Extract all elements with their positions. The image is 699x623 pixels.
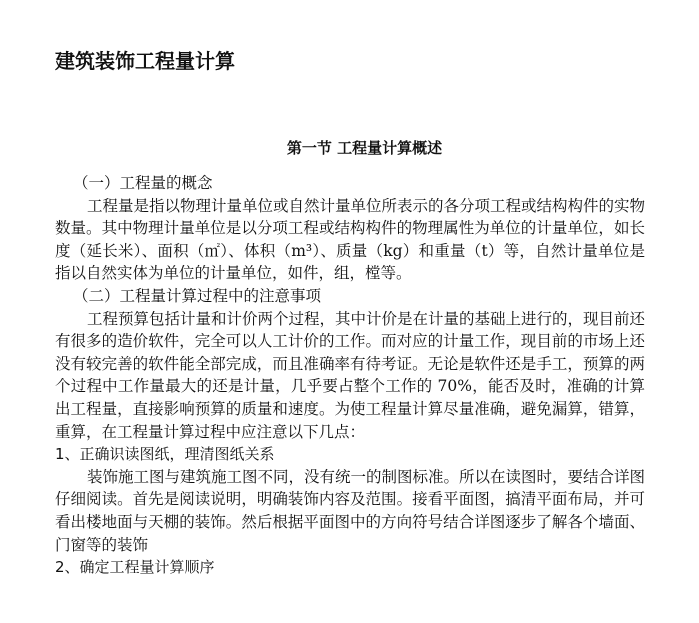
paragraph-reading-drawings: 装饰施工图与建筑施工图不同，没有统一的制图标准。所以在读图时，要结合详图仔细阅读… xyxy=(55,466,645,556)
paragraph-notes: 工程预算包括计量和计价两个过程，其中计价是在计量的基础上进行的，现目前还有很多的… xyxy=(55,308,645,444)
paragraph-concept: 工程量是指以物理计量单位或自然计量单位所表示的各分项工程或结构构件的实物数量。其… xyxy=(55,195,645,285)
document-body: （一）工程量的概念 工程量是指以物理计量单位或自然计量单位所表示的各分项工程或结… xyxy=(55,172,645,579)
numbered-item-1: 1、正确识读图纸，理清图纸关系 xyxy=(55,443,645,466)
subheading-notes: （二）工程量计算过程中的注意事项 xyxy=(55,285,645,308)
section-title: 第一节 工程量计算概述 xyxy=(0,137,699,158)
numbered-item-2: 2、确定工程量计算顺序 xyxy=(55,556,645,579)
subheading-concept: （一）工程量的概念 xyxy=(55,172,645,195)
document-title: 建筑装饰工程量计算 xyxy=(55,45,235,74)
